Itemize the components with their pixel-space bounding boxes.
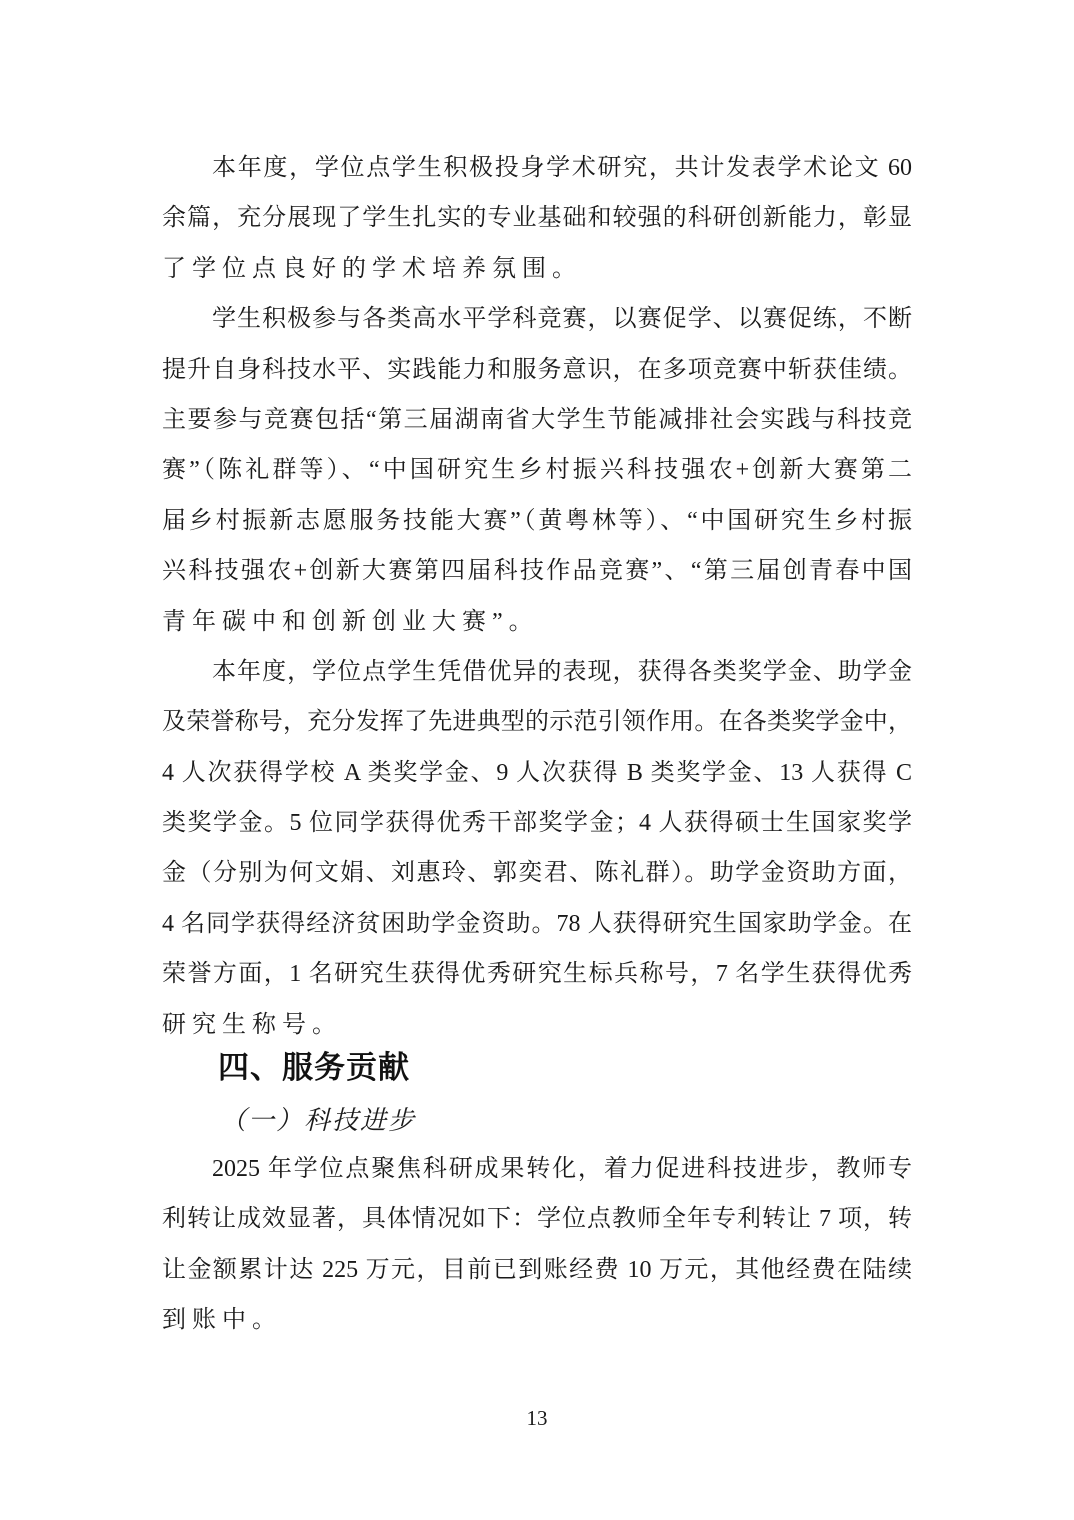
paragraph2-line: 学生积极参与各类高水平学科竞赛，以赛促学、以赛促练，不断: [162, 294, 912, 344]
page-number: 13: [0, 1403, 1074, 1433]
paragraph4-line: 让金额累计达 225 万元，目前已到账经费 10 万元，其他经费在陆续: [162, 1245, 912, 1295]
paragraph3-line: 金（分别为何文娟、刘惠玲、郭奕君、陈礼群）。助学金资助方面，: [162, 848, 912, 898]
paragraph4-line: 到账中。: [162, 1295, 912, 1345]
paragraph3-line: 4 人次获得学校 A 类奖学金、9 人次获得 B 类奖学金、13 人获得 C: [162, 748, 912, 798]
paragraph2-line: 届乡村振新志愿服务技能大赛”（黄粤林等）、“中国研究生乡村振: [162, 496, 912, 546]
paragraph2-line: 兴科技强农+创新大赛第四届科技作品竞赛”、“第三届创青春中国: [162, 546, 912, 596]
paragraph1-line: 余篇，充分展现了学生扎实的专业基础和较强的科研创新能力，彰显: [162, 193, 912, 243]
paragraph2-line: 赛”（陈礼群等）、“中国研究生乡村振兴科技强农+创新大赛第二: [162, 445, 912, 495]
paragraph2-line: 提升自身科技水平、实践能力和服务意识，在多项竞赛中斩获佳绩。: [162, 345, 912, 395]
paragraph2-line: 青年碳中和创新创业大赛”。: [162, 597, 912, 647]
paragraph1-line: 了学位点良好的学术培养氛围。: [162, 244, 912, 294]
section-heading: 四、服务贡献: [162, 1046, 912, 1090]
subsection-heading: （一）科技进步: [162, 1096, 912, 1146]
paragraph3-line: 及荣誉称号，充分发挥了先进典型的示范引领作用。在各类奖学金中，: [162, 697, 912, 747]
paragraph4-line: 2025 年学位点聚焦科研成果转化，着力促进科技进步，教师专: [162, 1144, 912, 1194]
paragraph3-line: 4 名同学获得经济贫困助学金资助。78 人获得研究生国家助学金。在: [162, 899, 912, 949]
paragraph3-line: 研究生称号。: [162, 1000, 912, 1050]
paragraph3-line: 类奖学金。5 位同学获得优秀干部奖学金；4 人获得硕士生国家奖学: [162, 798, 912, 848]
paragraph3-line: 本年度，学位点学生凭借优异的表现，获得各类奖学金、助学金: [162, 647, 912, 697]
document-body: 本年度，学位点学生积极投身学术研究，共计发表学术论文 60 余篇，充分展现了学生…: [162, 143, 912, 1346]
paragraph2-line: 主要参与竞赛包括“第三届湖南省大学生节能减排社会实践与科技竞: [162, 395, 912, 445]
paragraph3-line: 荣誉方面，1 名研究生获得优秀研究生标兵称号，7 名学生获得优秀: [162, 949, 912, 999]
paragraph4-line: 利转让成效显著，具体情况如下：学位点教师全年专利转让 7 项，转: [162, 1194, 912, 1244]
document-page: 本年度，学位点学生积极投身学术研究，共计发表学术论文 60 余篇，充分展现了学生…: [0, 0, 1074, 1520]
paragraph1-line: 本年度，学位点学生积极投身学术研究，共计发表学术论文 60: [162, 143, 912, 193]
